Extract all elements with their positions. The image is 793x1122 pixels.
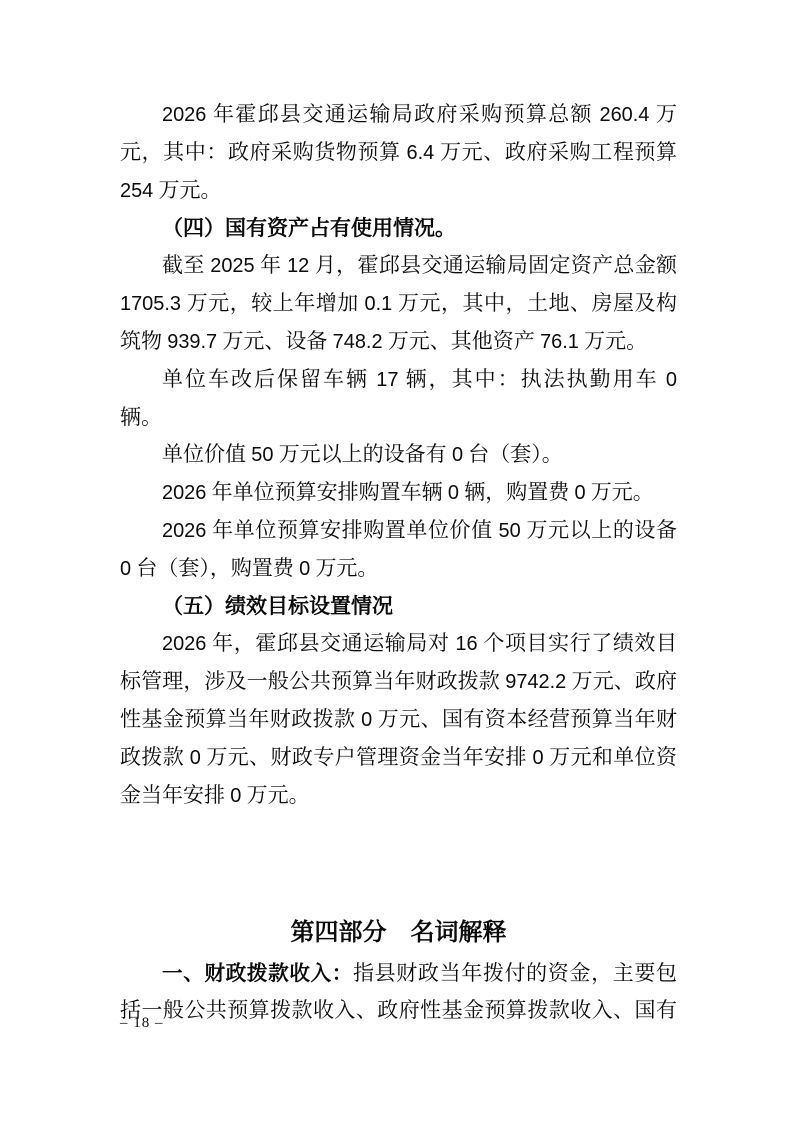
text-run: 748.2 — [333, 331, 383, 353]
text-run: 万元、政府采购工程预算 — [434, 140, 677, 164]
text-run: 0 — [574, 482, 585, 504]
text-run: 单位价值 — [162, 442, 251, 466]
para-procurement-budget: 2026 年霍邱县交通运输局政府采购预算总额 260.4 万元，其中：政府采购货… — [120, 96, 677, 210]
text-run: 辆，购置费 — [459, 480, 575, 504]
text-run: 辆。 — [120, 405, 162, 429]
text-run: 年单位预算安排购置单位价值 — [206, 518, 498, 542]
text-run: 2026 — [162, 633, 206, 655]
text-run: 台（套）。 — [463, 442, 563, 466]
text-run: 截至 — [162, 253, 210, 277]
text-run: 17 — [376, 369, 398, 391]
text-run: 第四部分 名词解释 — [291, 919, 507, 946]
text-run: 2025 — [210, 255, 254, 277]
text-run: 万元。 — [579, 329, 647, 353]
para-fixed-assets: 截至 2025 年 12 月，霍邱县交通运输局固定资产总金额 1705.3 万元… — [120, 247, 677, 361]
heading-performance-targets: （五）绩效目标设置情况 — [120, 588, 677, 625]
page-number: – 18 – — [120, 1012, 164, 1034]
text-run: （五）绩效目标设置情况 — [162, 594, 393, 618]
text-run: 年单位预算安排购置车辆 — [206, 480, 448, 504]
text-run: 辆，其中：执法执勤用车 — [398, 367, 665, 391]
text-run: 万元以上的设备有 — [273, 442, 452, 466]
text-run: 16 — [455, 633, 477, 655]
text-run: 年，霍邱县交通运输局对 — [206, 631, 455, 655]
text-run: 0 — [361, 709, 372, 731]
section-title-part4-glossary: 第四部分 名词解释 — [120, 911, 677, 955]
text-run: 2026 — [162, 520, 206, 542]
text-run: 一、财政拨款收入： — [162, 962, 353, 985]
para-term-fiscal-appropriation-income: 一、财政拨款收入：指县财政当年拨付的资金，主要包括一般公共预算拨款收入、政府性基… — [120, 955, 677, 1029]
text-run: 9742.2 — [505, 671, 566, 693]
text-run: 单位车改后保留车辆 — [162, 367, 376, 391]
para-vehicle-purchase-plan: 2026 年单位预算安排购置车辆 0 辆，购置费 0 万元。 — [120, 474, 677, 512]
para-performance-management: 2026 年，霍邱县交通运输局对 16 个项目实行了绩效目标管理，涉及一般公共预… — [120, 625, 677, 815]
text-run: 50 — [251, 444, 273, 466]
text-run: 万元以上的设备 — [521, 518, 677, 542]
text-run: 年 — [255, 253, 287, 277]
text-run: 0 — [230, 785, 241, 807]
text-run: 6.4 — [407, 142, 435, 164]
para-retained-vehicles: 单位车改后保留车辆 17 辆，其中：执法执勤用车 0 辆。 — [120, 361, 677, 436]
text-run: 万元、设备 — [217, 329, 333, 353]
text-run: 50 — [499, 520, 521, 542]
text-run: 万元。 — [153, 178, 221, 202]
text-run: 2026 — [162, 104, 206, 126]
text-run: 万元。 — [310, 556, 378, 580]
text-run: 0 — [190, 747, 201, 769]
text-run: 月，霍邱县交通运输局固定资产总金额 — [309, 253, 677, 277]
para-equipment-over-50: 单位价值 50 万元以上的设备有 0 台（套）。 — [120, 436, 677, 474]
text-run: 0 — [299, 558, 310, 580]
text-run: 万元。 — [586, 480, 654, 504]
text-run: 0.1 — [365, 293, 393, 315]
text-run: 0 — [452, 444, 463, 466]
text-run: （四）国有资产占有使用情况。 — [162, 216, 456, 240]
text-run: 260.4 — [600, 104, 650, 126]
text-run: 万元，较上年增加 — [181, 291, 365, 315]
text-run: 0 — [448, 482, 459, 504]
text-run: 万元、财政专户管理资金当年安排 — [201, 745, 533, 769]
text-run: 939.7 — [167, 331, 217, 353]
text-run: 年霍邱县交通运输局政府采购预算总额 — [206, 102, 599, 126]
text-run: 1705.3 — [120, 293, 181, 315]
text-run: 2026 — [162, 482, 206, 504]
document-content: 2026 年霍邱县交通运输局政府采购预算总额 260.4 万元，其中：政府采购货… — [120, 96, 677, 1029]
heading-state-owned-assets: （四）国有资产占有使用情况。 — [120, 210, 677, 247]
text-run: 254 — [120, 180, 153, 202]
document-page: 2026 年霍邱县交通运输局政府采购预算总额 260.4 万元，其中：政府采购货… — [0, 0, 793, 1122]
text-run: 12 — [287, 255, 309, 277]
text-run: 台（套），购置费 — [131, 556, 299, 580]
text-run: 0 — [120, 558, 131, 580]
text-run: 万元、其他资产 — [383, 329, 541, 353]
text-run: 0 — [533, 747, 544, 769]
text-run: 76.1 — [540, 331, 579, 353]
para-equipment-purchase-plan: 2026 年单位预算安排购置单位价值 50 万元以上的设备 0 台（套），购置费… — [120, 512, 677, 588]
text-run: 万元。 — [241, 783, 309, 807]
text-run: 0 — [666, 369, 677, 391]
